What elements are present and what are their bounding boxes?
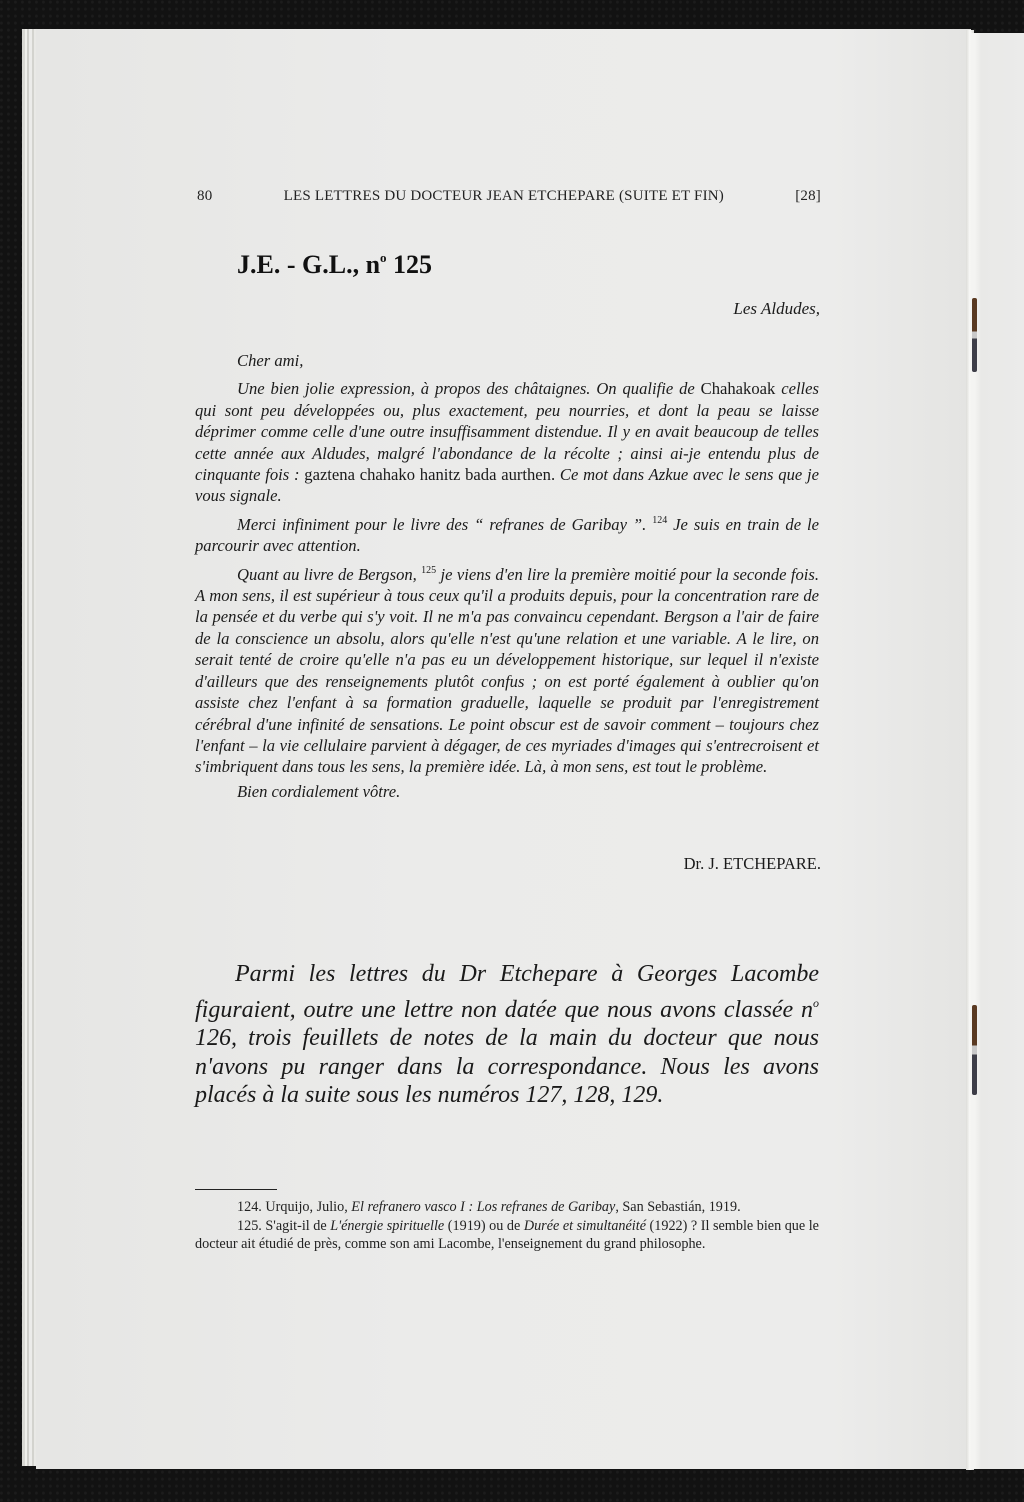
paragraph-1: Une bien jolie expression, à propos des … bbox=[195, 378, 819, 506]
footnote-book-title: L'énergie spirituelle bbox=[330, 1218, 444, 1234]
editorial-note: Parmi les lettres du Dr Etchepare à Geor… bbox=[195, 960, 819, 1110]
footnote-ref-125[interactable]: 125 bbox=[421, 565, 436, 576]
editorial-text-a: Parmi les lettres du Dr Etchepare à Geor… bbox=[195, 961, 819, 1023]
p2-text-a: Merci infiniment pour le livre des “ ref… bbox=[237, 515, 652, 534]
footnote-text: S'agit-il de bbox=[262, 1218, 330, 1234]
letter-place: Les Aldudes, bbox=[733, 299, 820, 319]
footnote-number: 125. bbox=[237, 1218, 262, 1234]
footnote-ref-124[interactable]: 124 bbox=[652, 515, 667, 526]
p1-text-a: Une bien jolie expression, à propos des … bbox=[237, 379, 701, 398]
p1-basque-term: Chahakoak bbox=[701, 379, 776, 398]
footnote-book-title: Durée et simultanéité bbox=[524, 1218, 646, 1234]
footnote-book-title: El refranero vasco I : Los refranes de G… bbox=[351, 1199, 615, 1215]
page-content: 80 LES LETTRES DU DOCTEUR JEAN ETCHEPARE… bbox=[0, 0, 1024, 1502]
page-number: 80 bbox=[197, 188, 212, 205]
editorial-ordinal: o bbox=[813, 996, 819, 1010]
p1-basque-phrase: gaztena chahako hanitz bada aurthen. bbox=[304, 465, 555, 484]
closing: Bien cordialement vôtre. bbox=[195, 781, 819, 802]
footnotes: 124. Urquijo, Julio, El refranero vasco … bbox=[195, 1199, 819, 1255]
footnote-text: Urquijo, Julio, bbox=[262, 1199, 351, 1215]
running-title: LES LETTRES DU DOCTEUR JEAN ETCHEPARE (S… bbox=[212, 188, 795, 205]
footnote-number: 124. bbox=[237, 1199, 262, 1215]
letter-body: Cher ami, Une bien jolie expression, à p… bbox=[195, 350, 819, 802]
footnote-text: , San Sebastián, 1919. bbox=[615, 1199, 740, 1215]
footnote-rule bbox=[195, 1189, 277, 1190]
paragraph-3: Quant au livre de Bergson, 125 je viens … bbox=[195, 560, 819, 778]
p3-text-a: Quant au livre de Bergson, bbox=[237, 565, 421, 584]
p3-text-b: je viens d'en lire la première moitié po… bbox=[195, 565, 819, 777]
signature: Dr. J. ETCHEPARE. bbox=[684, 854, 821, 874]
letter-heading: J.E. - G.L., no 125 bbox=[237, 250, 432, 280]
salutation: Cher ami, bbox=[195, 350, 819, 371]
letter-heading-prefix: J.E. - G.L., n bbox=[237, 250, 380, 279]
footnote-125: 125. S'agit-il de L'énergie spirituelle … bbox=[195, 1218, 819, 1253]
footnote-text: (1919) ou de bbox=[444, 1218, 524, 1234]
letter-heading-number: 125 bbox=[387, 250, 433, 279]
footnote-124: 124. Urquijo, Julio, El refranero vasco … bbox=[195, 1199, 819, 1216]
running-head: 80 LES LETTRES DU DOCTEUR JEAN ETCHEPARE… bbox=[197, 188, 821, 205]
editorial-paragraph: Parmi les lettres du Dr Etchepare à Geor… bbox=[195, 960, 819, 1110]
editorial-text-b: 126, trois feuillets de notes de la main… bbox=[195, 1025, 819, 1108]
section-number: [28] bbox=[795, 188, 821, 205]
paragraph-2: Merci infiniment pour le livre des “ ref… bbox=[195, 510, 819, 557]
